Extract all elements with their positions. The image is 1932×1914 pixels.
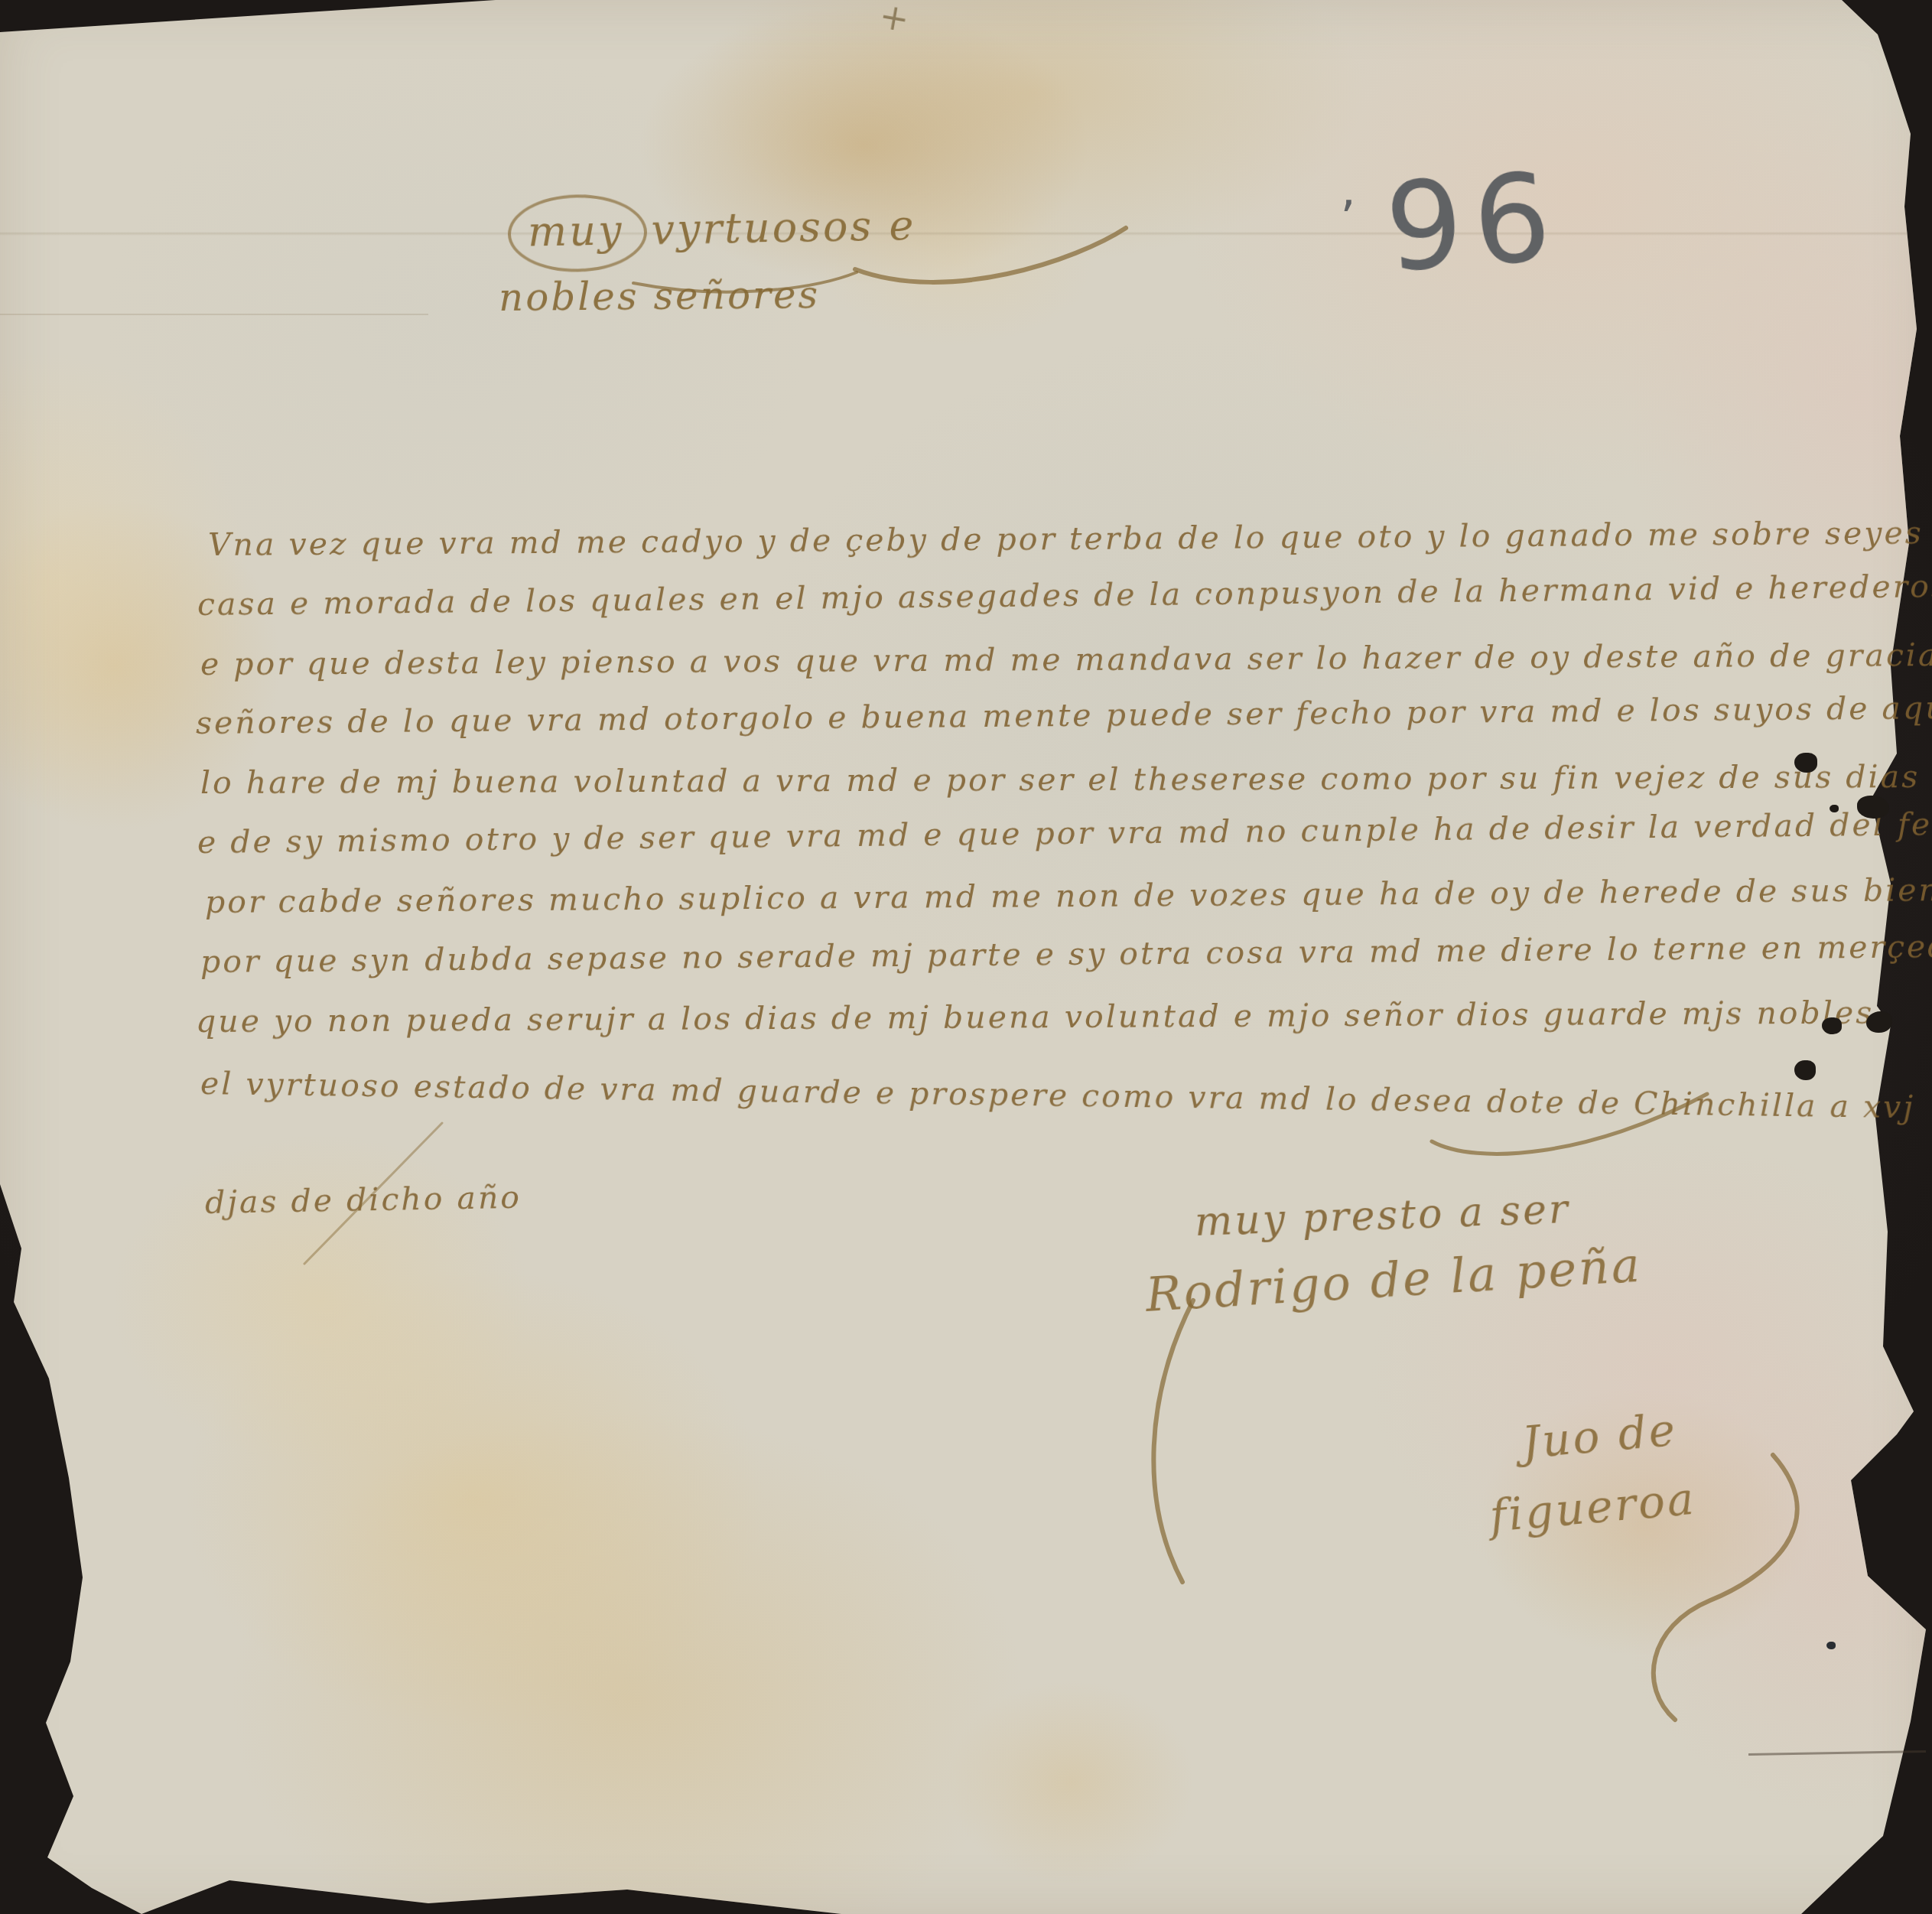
folio-number: 96 xyxy=(1381,147,1566,300)
body-line: lo hare de mj buena voluntad a vra md e … xyxy=(200,758,1920,801)
ink-blot xyxy=(1794,753,1817,773)
body-line-dateline: djas de dicho año xyxy=(205,1179,522,1221)
ink-blot xyxy=(1857,796,1889,819)
ink-blot xyxy=(1794,1060,1816,1080)
heading-line-1-text: vyrtuosos e xyxy=(651,201,916,254)
ink-blot xyxy=(1822,1017,1842,1034)
ink-blot xyxy=(1830,805,1839,812)
pencil-tick: ʼ xyxy=(1340,191,1355,248)
heading-line-2: nobles señores xyxy=(499,272,821,320)
ink-speck xyxy=(1826,1642,1836,1649)
manuscript-scan: + ʼ 96 muyvyrtuosos e nobles señores Vna… xyxy=(0,0,1932,1914)
heading-line-1: muyvyrtuosos e xyxy=(507,189,916,273)
heading-circled-word: muy xyxy=(507,194,647,273)
ink-blot xyxy=(1866,1011,1892,1033)
